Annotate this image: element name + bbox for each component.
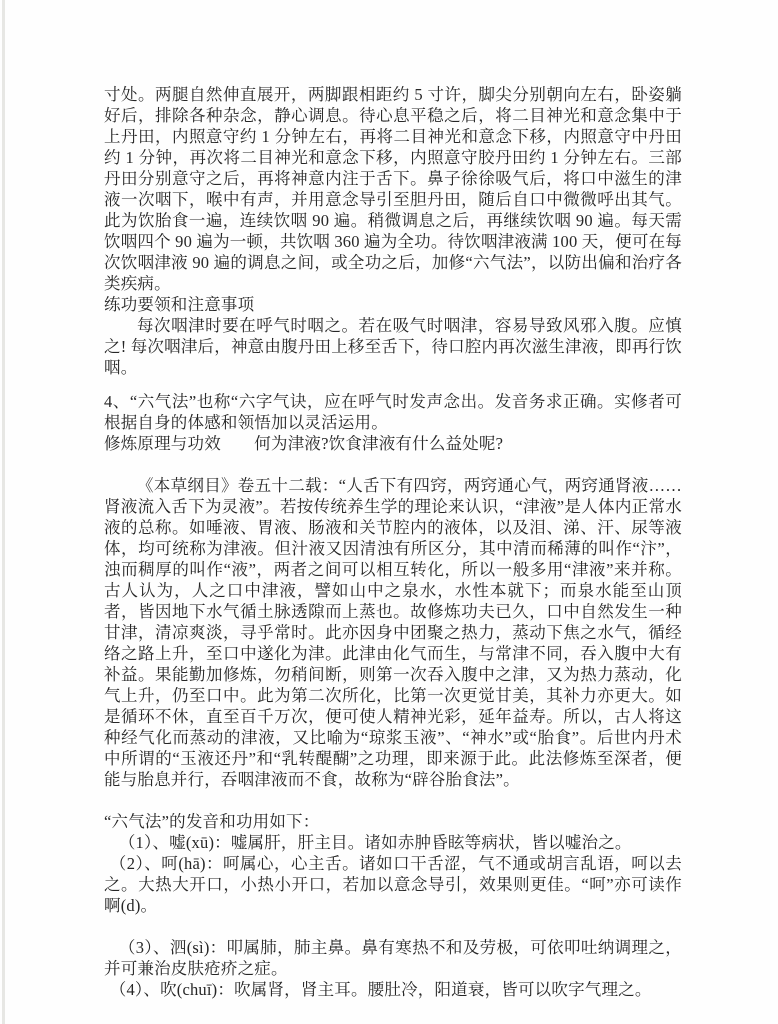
paragraph-swallowing-cautions: 每次咽津时要在呼气时咽之。若在吸气时咽津，容易导致风邪入腹。应慎之! 每次咽津后… (104, 315, 682, 378)
list-item-chui: （4）、吹(chuī)：吹属肾，肾主耳。腰肚冷，阳道衰，皆可以吹字气理之。 (104, 979, 682, 1000)
list-item-he: （2）、呵(hā)：呵属心，心主舌。诸如口干舌涩，气不通或胡言乱语，呵以去之。大… (104, 853, 682, 916)
heading-pronunciation-functions: “六气法”的发音和功用如下： (104, 811, 682, 832)
document-text-block: 寸处。两腿自然伸直展开，两脚跟相距约 5 寸许，脚尖分别朝向左右，卧姿躺好后，排… (104, 84, 682, 1000)
list-item-xu: （1）、嘘(xū)：嘘属肝，肝主目。诸如赤肿昏眩等病状，皆以嘘治之。 (104, 832, 682, 853)
paragraph-posture-and-swallowing: 寸处。两腿自然伸直展开，两脚跟相距约 5 寸许，脚尖分别朝向左右，卧姿躺好后，排… (104, 84, 682, 294)
heading-practice-essentials: 练功要领和注意事项 (104, 294, 682, 315)
heading-cultivation-principle: 修炼原理与功效 何为津液?饮食津液有什么益处呢? (104, 433, 682, 454)
blank-line (104, 378, 682, 391)
blank-line (104, 454, 682, 475)
list-item-si: （3）、泗(sì)：叩属肺，肺主鼻。鼻有寒热不和及劳极，可依叩吐纳调理之，并可兼… (104, 937, 682, 979)
scan-edge-line (2, 0, 5, 1024)
paragraph-six-qi-method-note: 4、“六气法”也称“六字气诀，应在呼气时发声念出。发音务求正确。实修者可根据自身… (104, 391, 682, 433)
blank-line (104, 790, 682, 811)
blank-line (104, 916, 682, 937)
document-page: 寸处。两腿自然伸直展开，两脚跟相距约 5 寸许，脚尖分别朝向左右，卧姿躺好后，排… (0, 0, 778, 1024)
paragraph-bencao-gangmu-quote: 《本草纲目》卷五十二载：“人舌下有四窍，两窍通心气，两窍通肾液……肾液流入舌下为… (104, 475, 682, 790)
